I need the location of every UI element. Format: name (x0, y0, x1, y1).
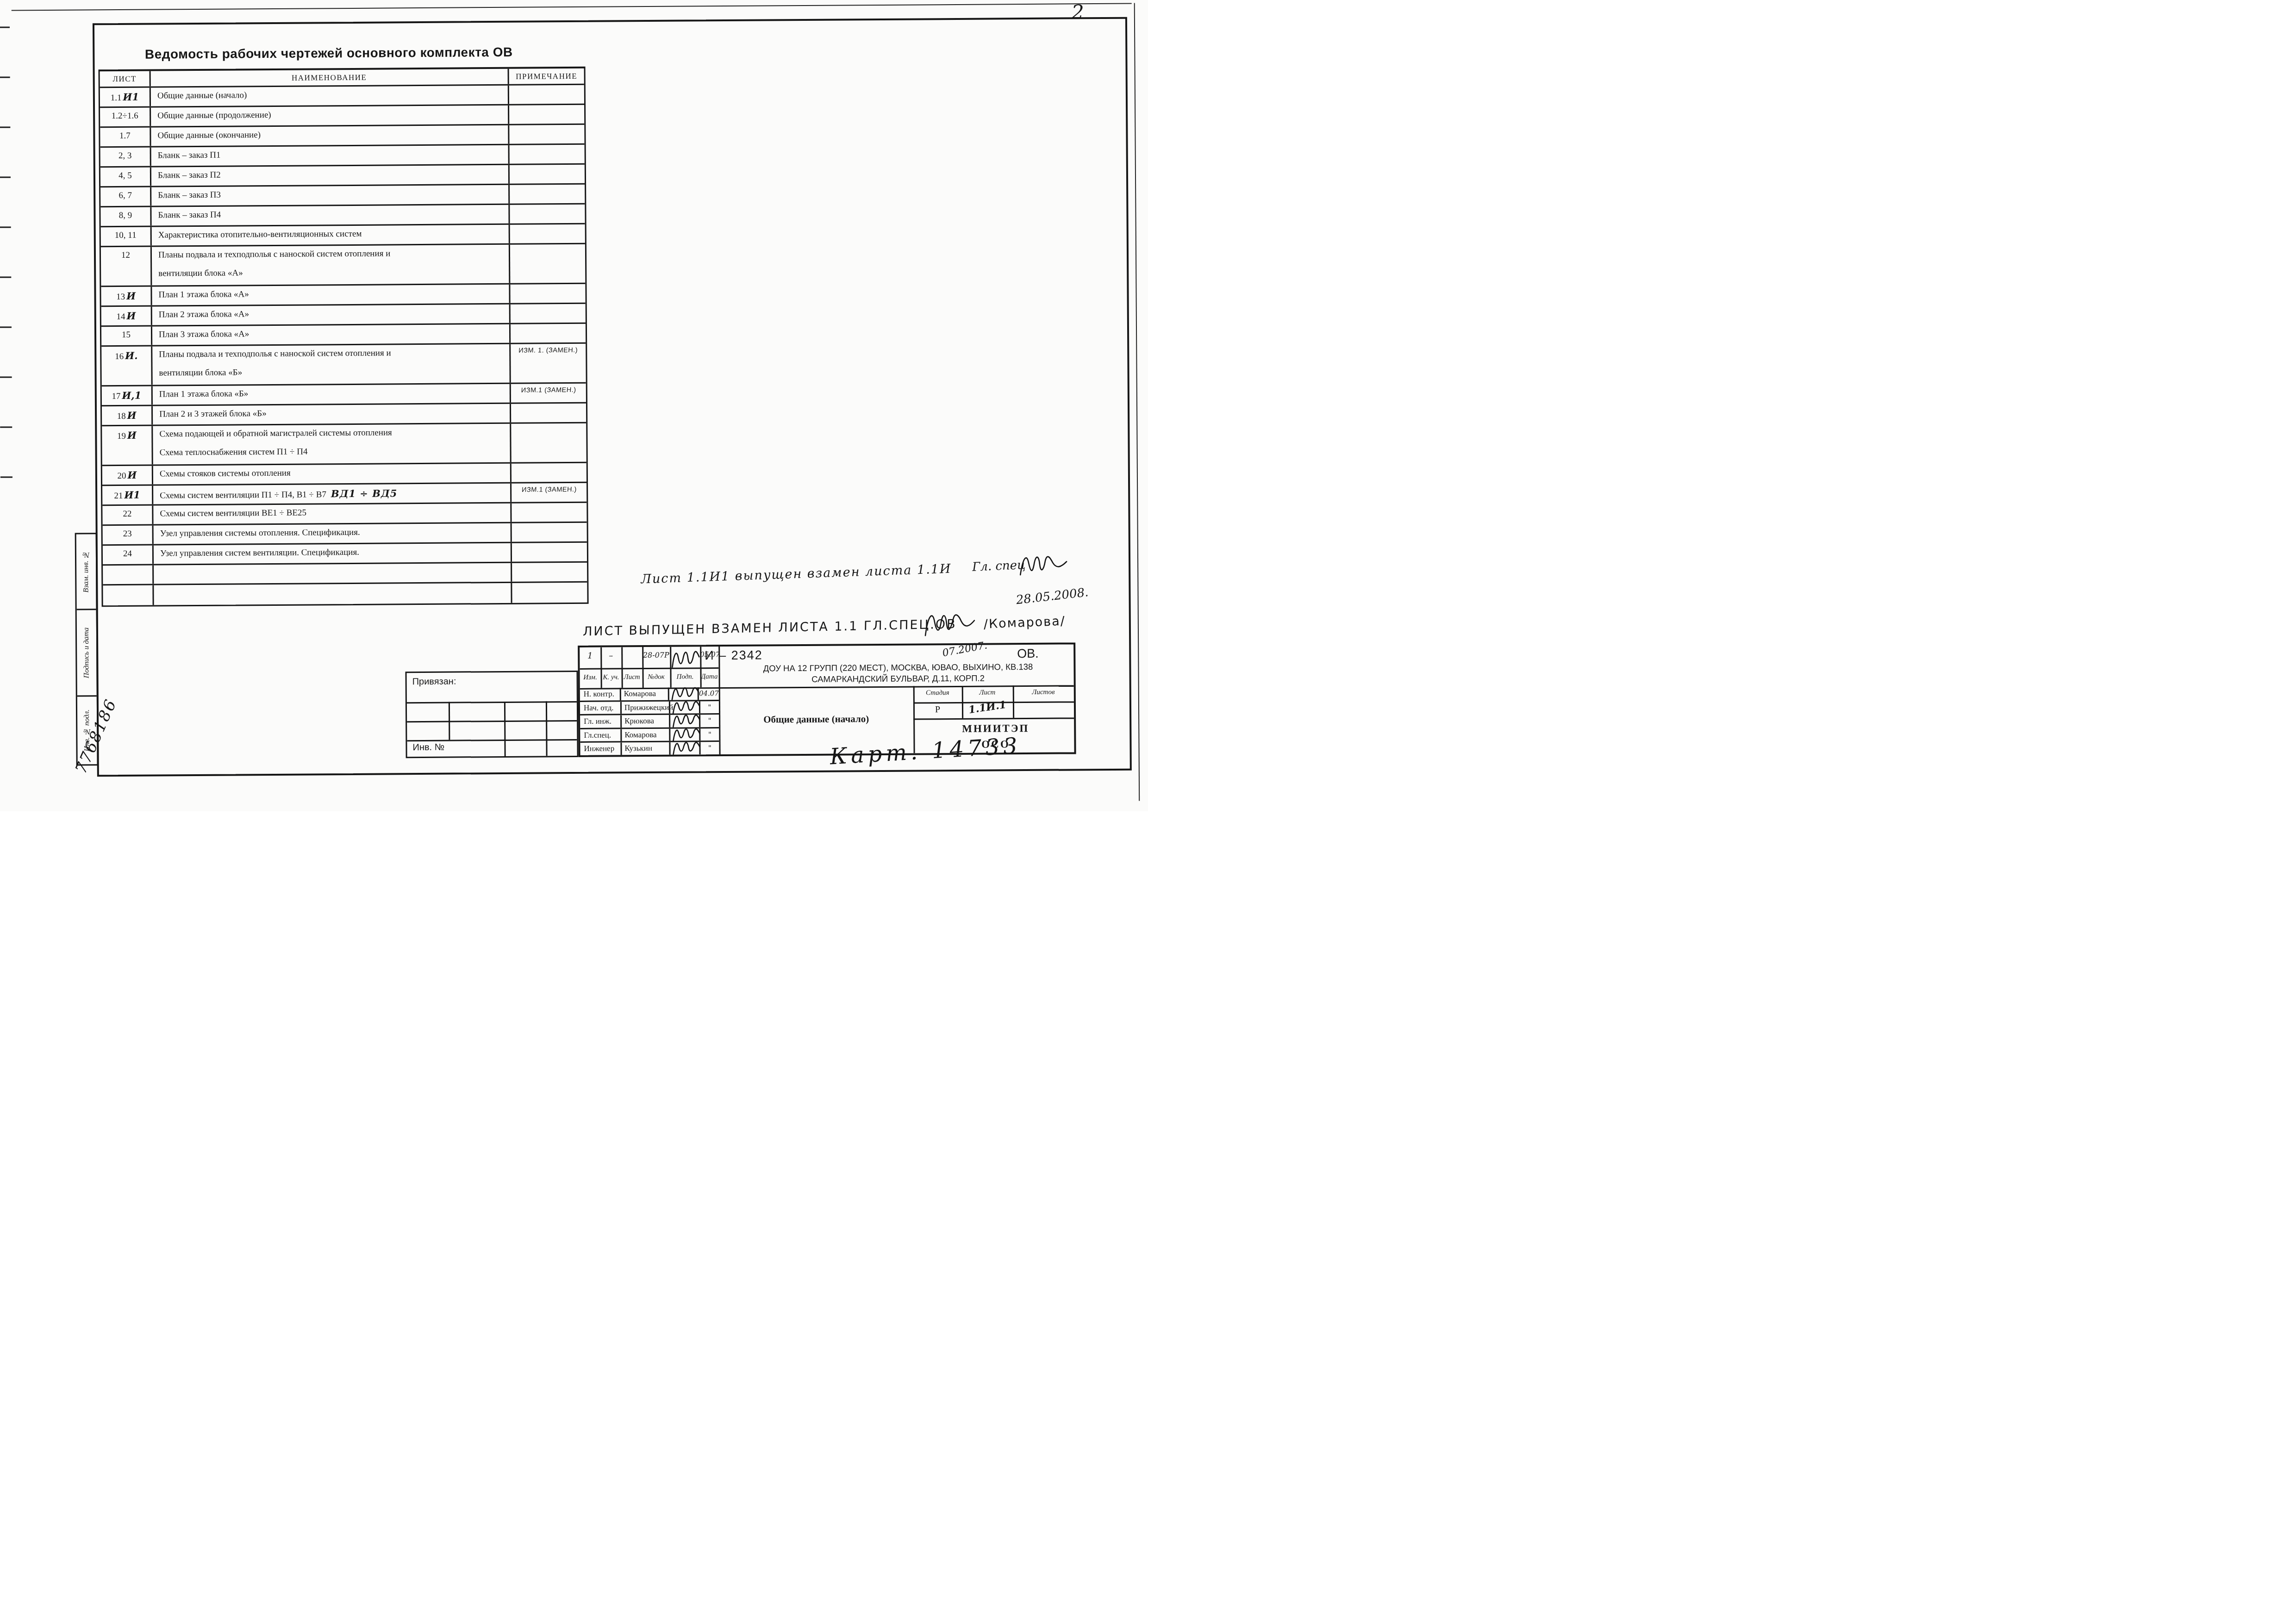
note-cell: ИЗМ. 1. (ЗАМЕН.) (511, 344, 586, 383)
ledger-row: 23Узел управления системы отопления. Спе… (103, 523, 587, 546)
revision-header-list: Лист (622, 673, 643, 681)
note-cell (512, 523, 587, 542)
note-cell (510, 165, 585, 184)
note-cell (509, 125, 584, 144)
stamp-role: Гл. инж. (580, 715, 622, 728)
sheet-number: 1.1 (111, 93, 122, 103)
ledger-row: 18ИПлан 2 и 3 этажей блока «Б» (102, 404, 586, 426)
binding-box: Привязан: Инв. № (406, 671, 579, 758)
sheet-title-cell: Общие данные (окончание) (151, 125, 509, 146)
sheet-number: 24 (123, 549, 132, 559)
sheet-number: 10, 11 (115, 230, 137, 240)
binding-label: Привязан: (412, 677, 456, 688)
sheet-title-text: План 1 этажа блока «Б» (159, 389, 249, 399)
sheet-title-text: Бланк – заказ П4 (158, 210, 221, 220)
binding-inventory-label: Инв. № (412, 742, 444, 753)
sheet-number: 15 (122, 330, 131, 340)
note-cell (512, 503, 586, 522)
ledger-row: 4, 5Бланк – заказ П2 (100, 165, 585, 187)
sheet-number-cell: 10, 11 (101, 227, 152, 246)
edge-tick (0, 426, 12, 428)
discipline-code: ОВ. (1017, 647, 1039, 661)
revision-izm-value: 1 (580, 651, 600, 661)
sheet-number: 14 (116, 312, 125, 322)
ledger-row: 2, 3Бланк – заказ П1 (100, 145, 585, 168)
ledger-row: 13ИПлан 1 этажа блока «А» (101, 284, 585, 307)
sheet-number-cell: 1.1И1 (100, 88, 151, 107)
note-cell (509, 105, 584, 124)
ledger-row: 19ИСхема подающей и обратной магистралей… (102, 423, 586, 466)
sheet-title-text: Схемы систем вентиляции ВЕ1 ÷ ВЕ25 (160, 508, 306, 519)
note-cell (510, 224, 585, 243)
note-cell (511, 304, 586, 323)
sheet-number-cell: 24 (103, 546, 154, 565)
stamp-role: Нач. отд. (580, 702, 622, 714)
sheet-title-cell: Схемы систем вентиляции ВЕ1 ÷ ВЕ25 (153, 504, 512, 524)
revision-header-doc: №док (643, 673, 670, 681)
stamp-role: Гл.спец. (580, 729, 622, 741)
stamp-date: " (700, 715, 719, 727)
scan-skew-wrapper: 2 Ведомость рабочих чертежей основного к… (0, 0, 1148, 811)
note-cell: ИЗМ.1 (ЗАМЕН.) (511, 384, 586, 403)
side-cell-podpis: Подпись и дата (77, 610, 97, 696)
sheet-number: 1.2÷1.6 (112, 111, 138, 121)
stamp-role: Инженер (580, 743, 622, 755)
sheet-title-cell: Бланк – заказ П2 (151, 165, 510, 186)
ledger-row: 21И1Схемы систем вентиляции П1 ÷ П4, В1 … (102, 483, 586, 506)
note-cell (510, 205, 585, 224)
drawing-sheet: 2 Ведомость рабочих чертежей основного к… (0, 0, 1148, 811)
sheet-title-text: Планы подвала и техподполья с наноской с… (159, 348, 391, 359)
sheet-number-handwritten-suffix: И (127, 429, 137, 441)
stage-value: Р (913, 704, 962, 715)
sheet-title-cell: Общие данные (начало) (151, 86, 509, 106)
revision-doc-value: 28-07Р (641, 651, 671, 659)
sheet-title-text: Узел управления систем вентиляции. Специ… (160, 547, 359, 559)
sheet-number-cell (103, 566, 154, 585)
note-cell (510, 244, 586, 283)
note-cell (510, 284, 585, 303)
sheet-title-text: Общие данные (окончание) (157, 130, 261, 140)
note-cell (510, 185, 585, 204)
side-cell-vzam: Взам. инв. № (76, 534, 96, 610)
sheet-title-cell: Планы подвала и техподполья с наноской с… (152, 245, 510, 286)
sheet-number-cell: 8, 9 (100, 207, 151, 226)
note-cell (509, 85, 584, 104)
note-cell (512, 583, 587, 603)
ledger-row (103, 563, 587, 585)
stamp-role: Н. контр. (580, 688, 621, 700)
sheets-total-value (1013, 703, 1074, 704)
organization-department: ОСО (913, 738, 1078, 751)
sheet-title-cell: Общие данные (продолжение) (151, 106, 509, 126)
sheet-number-cell: 1.2÷1.6 (100, 108, 151, 127)
sheet-header: Лист (962, 689, 1013, 697)
note-cell (510, 145, 585, 164)
sheet-title-text-line2: вентиляции блока «Б» (159, 366, 505, 379)
sheet-title-cell: Схемы систем вентиляции П1 ÷ П4, В1 ÷ В7… (153, 484, 512, 504)
edge-tick (0, 376, 12, 378)
stamp-date: " (700, 701, 719, 714)
sheet-title-cell: Узел управления систем вентиляции. Специ… (154, 543, 512, 564)
note-cell (511, 423, 586, 462)
side-label-podpis: Подпись и дата (77, 610, 97, 695)
sheet-title-text: Характеристика отопительно-вентиляционны… (158, 229, 362, 240)
binding-line (407, 701, 577, 703)
stamp-person-name: Прижижецкий (622, 701, 670, 714)
sheet-title-text: Бланк – заказ П1 (158, 150, 221, 161)
ledger-row: 8, 9Бланк – заказ П4 (100, 205, 585, 227)
signature-icon (922, 608, 977, 644)
sheet-title-cell: Характеристика отопительно-вентиляционны… (152, 225, 510, 246)
sheet-title-cell: План 1 этажа блока «Б» (153, 384, 511, 405)
binding-line (449, 702, 450, 740)
sheet-number-cell: 2, 3 (100, 148, 151, 167)
sheet-number-cell: 6, 7 (100, 187, 151, 206)
sheet-number-cell: 15 (101, 327, 152, 346)
ledger-row: 15План 3 этажа блока «А» (101, 324, 586, 347)
sheet-number-cell: 23 (103, 526, 154, 545)
sheet-title-cell (154, 583, 512, 605)
sheet-number-cell: 22 (102, 506, 153, 525)
page-edge-ticks (0, 0, 1146, 4)
revision-note-handwritten: ИЗМ.1 (ЗАМЕН.) (521, 486, 577, 494)
sheet-number-handwritten-suffix: И (126, 310, 136, 322)
sheet-number-cell: 16И. (101, 347, 153, 386)
sheet-number-cell: 18И (102, 406, 153, 425)
project-address-line2: САМАРКАНДСКИЙ БУЛЬВАР, Д.11, КОРП.2 (719, 672, 1078, 685)
ledger-row: 1.7Общие данные (окончание) (100, 125, 584, 148)
sheet-number: 13 (116, 292, 125, 302)
sheet-number: 19 (117, 431, 126, 441)
note-cell (512, 463, 586, 482)
stamp-date: " (700, 742, 719, 754)
ledger-header-note: ПРИМЕЧАНИЕ (509, 68, 584, 84)
sheet-number-cell: 20И (102, 466, 153, 485)
note-cell (511, 404, 586, 423)
ledger-row: 12Планы подвала и техподполья с наноской… (101, 244, 586, 287)
title-block: 1 – 28-07Р 05.07 Изм. К. уч. Лист №док П… (578, 642, 1076, 757)
sheet-title-text: Общие данные (продолжение) (157, 110, 271, 120)
stamp-date: 04.07 (699, 687, 719, 700)
sheet-title-cell: Бланк – заказ П3 (151, 185, 510, 206)
sheet-number-cell (103, 585, 154, 606)
stamp-date: " (700, 728, 719, 741)
signature-icon (1017, 551, 1068, 581)
ledger-row: 17И,1План 1 этажа блока «Б»ИЗМ.1 (ЗАМЕН.… (102, 384, 586, 406)
ledger-header-sheet: ЛИСТ (100, 71, 151, 87)
page-right-edge-line (1134, 3, 1140, 801)
ledger-header-name: НАИМЕНОВАНИЕ (151, 69, 509, 87)
sheet-number-cell: 4, 5 (100, 168, 151, 187)
sheet-number-handwritten-suffix: И (127, 410, 137, 421)
ledger-row: 10, 11Характеристика отопительно-вентиля… (101, 224, 585, 247)
sheet-title-text: Схемы стояков системы отопления (160, 468, 291, 479)
sheet-title-text: Общие данные (начало) (157, 90, 247, 100)
revision-header-sign: Подп. (670, 673, 700, 681)
sheet-number-handwritten-suffix: И,1 (122, 390, 141, 401)
sheet-number-handwritten-suffix: И (126, 290, 136, 302)
revision-kuch-value: – (600, 651, 621, 660)
sheet-number: 2, 3 (119, 151, 132, 161)
sheet-number: 6, 7 (119, 191, 132, 200)
edge-tick (0, 76, 10, 78)
sheet-number-cell: 13И (101, 287, 152, 306)
side-label-vzam: Взам. инв. № (76, 534, 96, 609)
sheet-number-handwritten-suffix: И1 (123, 91, 139, 103)
ledger-row: 1.1И1Общие данные (начало) (100, 85, 584, 108)
sheet-title-text: План 1 этажа блока «А» (158, 289, 249, 299)
sheet-number-cell: 1.7 (100, 128, 151, 147)
edge-tick (0, 26, 10, 28)
sheet-title-cell: Узел управления системы отопления. Специ… (154, 523, 512, 544)
sheet-title: Общие данные (начало) (724, 713, 909, 726)
sheet-title-text: Планы подвала и техподполья с наноской с… (158, 249, 390, 260)
stage-header: Стадия (913, 689, 962, 697)
sheet-title-cell (154, 563, 512, 584)
sheet-title-text: Схемы систем вентиляции П1 ÷ П4, В1 ÷ В7 (160, 490, 326, 500)
sheet-title-text: План 2 и 3 этажей блока «Б» (159, 409, 267, 419)
sheet-number: 17 (112, 392, 120, 401)
revision-note-handwritten: ИЗМ.1 (ЗАМЕН.) (521, 386, 576, 394)
stamp-person-name: Кузькин (622, 742, 670, 755)
sheet-title-text: План 3 этажа блока «А» (159, 329, 249, 339)
binding-line (504, 702, 506, 756)
sheet-number-handwritten-suffix: И. (125, 350, 137, 361)
stamp-person-name: Комарова (621, 688, 669, 700)
project-address-line1: ДОУ НА 12 ГРУПП (220 МЕСТ), МОСКВА, ЮВАО… (718, 661, 1077, 674)
sheet-number-handwritten-suffix: И1 (124, 489, 140, 501)
sheet-title-cell: План 3 этажа блока «А» (152, 324, 511, 345)
sheet-title-text: Бланк – заказ П2 (158, 170, 221, 180)
sheet-number: 4, 5 (119, 171, 132, 180)
ledger-row: 24Узел управления систем вентиляции. Спе… (103, 543, 587, 566)
title-block-line (913, 717, 1074, 720)
sheet-number: 23 (123, 529, 132, 539)
note-cell (512, 543, 587, 562)
sheet-number-value: 1.1И.1 (961, 698, 1014, 717)
ledger-row: 1.2÷1.6Общие данные (продолжение) (100, 105, 584, 128)
organization-name: МНИИТЭП (913, 722, 1078, 735)
sheet-title-cell: План 2 этажа блока «А» (152, 305, 511, 325)
sheet-number-cell: 21И1 (102, 486, 153, 505)
signature-icon (671, 740, 701, 759)
sheet-title-cell: Бланк – заказ П4 (151, 205, 510, 226)
binding-line (546, 701, 548, 756)
sheet-title-text: План 2 этажа блока «А» (159, 309, 249, 319)
binding-line (407, 739, 577, 741)
stamp-signature-cell (670, 742, 700, 755)
sheet-title-cell: Бланк – заказ П1 (151, 145, 510, 166)
project-code: И – 2342 (705, 648, 763, 663)
ledger-row (103, 583, 587, 605)
signature-icon (670, 647, 701, 673)
note-cell: ИЗМ.1 (ЗАМЕН.) (512, 483, 586, 502)
sheet-number: 22 (123, 509, 131, 519)
sheet-title-cell: План 2 и 3 этажей блока «Б» (153, 404, 511, 425)
page-top-edge-line (12, 3, 1132, 11)
edge-tick (0, 126, 10, 128)
sheet-title-handwritten-addition: ВД1 ÷ ВД5 (331, 487, 397, 499)
binding-line (407, 720, 577, 722)
ledger-row: 14ИПлан 2 этажа блока «А» (101, 304, 586, 327)
signature-rows: Н. контр.Комарова04.07Нач. отд.Прижижецк… (580, 687, 719, 755)
stamp-signature-row: ИнженерКузькин" (580, 742, 719, 755)
edge-tick (0, 326, 12, 328)
sheet-title-text-line2: Схема теплоснабжения систем П1 ÷ П4 (160, 446, 506, 458)
ledger-row: 20ИСхемы стояков системы отопления (102, 463, 586, 486)
sheet-number-cell: 12 (101, 247, 152, 286)
sheet-number: 16 (115, 352, 124, 361)
ledger-title: Ведомость рабочих чертежей основного ком… (137, 45, 521, 62)
revision-header-kuch: К. уч. (601, 673, 622, 681)
revision-header-date: Дата (700, 673, 719, 681)
sheet-title-cell: План 1 этажа блока «А» (152, 285, 510, 305)
ledger-row: 22Схемы систем вентиляции ВЕ1 ÷ ВЕ25 (102, 503, 586, 526)
edge-tick (0, 476, 12, 478)
sheet-title-cell: Планы подвала и техподполья с наноской с… (152, 344, 511, 385)
sheet-title-cell: Схемы стояков системы отопления (153, 464, 512, 485)
ledger-rows: 1.1И1Общие данные (начало)1.2÷1.6Общие д… (100, 85, 587, 605)
edge-tick (0, 276, 11, 278)
sheet-number: 12 (121, 250, 130, 260)
sheets-total-header: Листов (1013, 688, 1074, 696)
stamp-person-name: Крюкова (622, 715, 670, 728)
note-cell (511, 324, 586, 343)
sheet-number: 20 (117, 471, 126, 481)
ledger-row: 6, 7Бланк – заказ П3 (100, 185, 585, 207)
drawing-ledger-table: ЛИСТ НАИМЕНОВАНИЕ ПРИМЕЧАНИЕ 1.1И1Общие … (99, 67, 589, 607)
edge-tick (0, 226, 11, 228)
sheet-title-text: Узел управления системы отопления. Специ… (160, 528, 360, 539)
sheet-number-cell: 14И (101, 307, 152, 326)
sheet-title-text-line2: вентиляции блока «А» (158, 267, 505, 279)
edge-tick (0, 176, 11, 178)
sheet-title-cell: Схема подающей и обратной магистралей си… (153, 424, 511, 465)
sheet-number-cell: 19И (102, 426, 153, 465)
sheet-title-text: Бланк – заказ П3 (158, 190, 221, 200)
sheet-number: 18 (117, 411, 126, 421)
sheet-number: 8, 9 (119, 211, 132, 220)
sheet-number-cell: 17И,1 (102, 386, 153, 405)
sheet-number: 1.7 (119, 131, 131, 141)
sheet-number-handwritten-suffix: И (127, 469, 137, 481)
stamp-person-name: Комарова (622, 729, 670, 741)
revision-note-handwritten: ИЗМ. 1. (ЗАМЕН.) (518, 347, 578, 354)
sheet-number: 21 (114, 491, 123, 501)
note-cell (512, 563, 587, 582)
sheet-title-text: Схема подающей и обратной магистралей си… (159, 428, 392, 439)
revision-header-izm: Изм. (580, 674, 601, 682)
ledger-row: 16И.Планы подвала и техподполья с наноск… (101, 344, 586, 386)
